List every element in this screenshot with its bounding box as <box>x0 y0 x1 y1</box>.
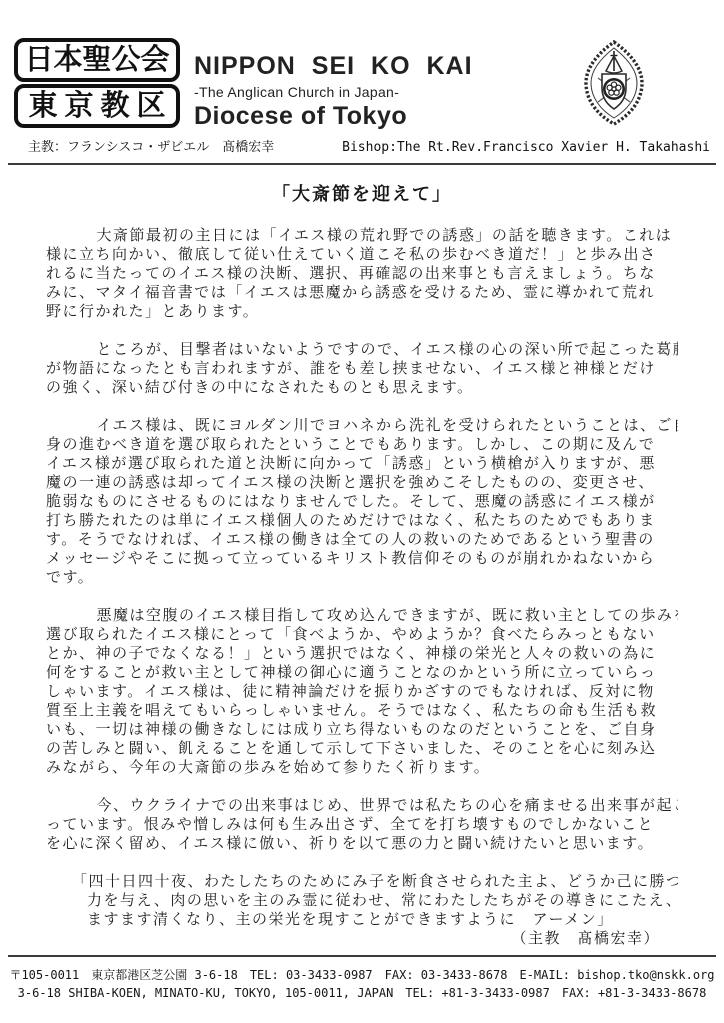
prayer-paragraph: 「四十日四十夜、わたしたちのためにみ子を断食させられた主よ、どうか己に勝つ力を与… <box>46 872 678 929</box>
logo-box-diocese-name: 東京教区 <box>14 84 180 128</box>
letterhead-top: 日本聖公会 東京教区 NIPPON SEI KO KAI -The Anglic… <box>14 38 710 131</box>
diocese-name-en: Diocese of Tokyo <box>194 102 473 131</box>
text-line: 脆弱なものにさせるものにはなりませんでした。そして、悪魔の誘惑にイエス様が <box>46 492 678 511</box>
paragraph: 悪魔は空腹のイエス様目指して攻め込んできますが、既に救い主としての歩みを選び取ら… <box>46 606 678 777</box>
org-subtitle-en: -The Anglican Church in Japan- <box>194 84 473 100</box>
letter-title: 「大斎節を迎えて」 <box>0 180 724 206</box>
text-line: 今、ウクライナでの出来事はじめ、世界では私たちの心を痛ませる出来事が起こ <box>46 796 678 815</box>
text-line: しゃいます。イエス様は、徒に精神論だけを振りかざすのでもなければ、反対に物 <box>46 682 678 701</box>
text-line: 選び取られたイエス様にとって「食べようか、やめようか？食べたらみっともない <box>46 625 678 644</box>
text-line: ますます清くなり、主の栄光を現すことができますように アーメン」 <box>46 910 678 929</box>
text-line: みながら、今年の大斎節の歩みを始めて参りたく祈ります。 <box>46 758 678 777</box>
bishop-row: 主教：フランシスコ・ザビエル 髙橋宏幸 Bishop:The Rt.Rev.Fr… <box>14 136 710 155</box>
org-logo: 日本聖公会 東京教区 <box>14 38 180 128</box>
footer: 〒105-0011 東京都港区芝公園 3-6-18 TEL: 03-3433-0… <box>0 966 724 1002</box>
text-line: っています。恨みや憎しみは何も生み出さず、全てを打ち壊すものでしかないこと <box>46 815 678 834</box>
footer-address-en: 3-6-18 SHIBA-KOEN, MINATO-KU, TOKYO, 105… <box>0 984 724 1002</box>
text-line: 様に立ち向かい、徹底して従い仕えていく道こそ私の歩むべき道だ！」と歩み出さ <box>46 245 678 264</box>
text-line: が物語になったとも言われますが、誰をも差し挟ませない、イエス様と神様とだけ <box>46 359 678 378</box>
text-line: 悪魔は空腹のイエス様目指して攻め込んできますが、既に救い主としての歩みを <box>46 606 678 625</box>
footer-address-ja: 〒105-0011 東京都港区芝公園 3-6-18 TEL: 03-3433-0… <box>0 966 724 984</box>
text-line: 力を与え、肉の思いを主のみ霊に従わせ、常にわたしたちがその導きにこたえ、 <box>46 891 678 910</box>
text-line: イエス様は、既にヨルダン川でヨハネから洗礼を受けられたということは、ご自 <box>46 416 678 435</box>
text-line: れるに当たってのイエス様の決断、選択、再確認の出来事とも言えましょう。ちな <box>46 264 678 283</box>
text-line: いも、一切は神様の働きなしには成り立ち得ないものなのだということを、ご自身 <box>46 720 678 739</box>
text-line: 打ち勝たれたのは単にイエス様個人のためだけではなく、私たちのためでもありま <box>46 511 678 530</box>
paragraph: ところが、目撃者はいないようですので、イエス様の心の深い所で起こった葛藤が物語に… <box>46 340 678 397</box>
text-line: メッセージやそこに拠って立っているキリスト教信仰そのものが崩れかねないから <box>46 549 678 568</box>
text-line: 何をすることが救い主として神様の御心に適うことなのかという所に立っていらっ <box>46 663 678 682</box>
bishop-name-ja: 主教：フランシスコ・ザビエル 髙橋宏幸 <box>28 136 274 155</box>
text-line: みに、マタイ福音書では「イエスは悪魔から誘惑を受けるため、霊に導かれて荒れ <box>46 283 678 302</box>
text-line: 「四十日四十夜、わたしたちのためにみ子を断食させられた主よ、どうか己に勝つ <box>46 872 678 891</box>
text-line: す。そうでなければ、イエス様の働きは全ての人の救いのためであるという聖書の <box>46 530 678 549</box>
text-line: の強く、深い結び付きの中になされたものとも思えます。 <box>46 378 678 397</box>
text-line: 野に行かれた」とあります。 <box>46 302 678 321</box>
bishop-name-en: Bishop:The Rt.Rev.Francisco Xavier H. Ta… <box>342 140 710 155</box>
text-line: です。 <box>46 568 678 587</box>
text-line: ところが、目撃者はいないようですので、イエス様の心の深い所で起こった葛藤 <box>46 340 678 359</box>
org-name-en: NIPPON SEI KO KAI <box>194 52 473 81</box>
logo-box-org-name: 日本聖公会 <box>14 38 180 82</box>
text-line: の苦しみと闘い、飢えることを通して示して下さいました、そのことを心に刻み込 <box>46 739 678 758</box>
text-line: 質至上主義を唱えてもいらっしゃいません。そうではなく、私たちの命も生活も救 <box>46 701 678 720</box>
text-line: 大斎節最初の主日には「イエス様の荒れ野での誘惑」の話を聴きます。これは「神 <box>46 226 678 245</box>
paragraph: イエス様は、既にヨルダン川でヨハネから洗礼を受けられたということは、ご自身の進む… <box>46 416 678 587</box>
paragraph: 今、ウクライナでの出来事はじめ、世界では私たちの心を痛ませる出来事が起こっていま… <box>46 796 678 853</box>
text-line: 身の進むべき道を選び取られたということでもあります。しかし、この期に及んで <box>46 435 678 454</box>
header-rule <box>8 163 716 165</box>
diocese-seal-icon <box>582 40 646 130</box>
signature: （主教 髙橋宏幸） <box>46 929 678 948</box>
letter-body: 大斎節最初の主日には「イエス様の荒れ野での誘惑」の話を聴きます。これは「神様に立… <box>0 206 724 948</box>
letter-content: 「大斎節を迎えて」 大斎節最初の主日には「イエス様の荒れ野での誘惑」の話を聴きま… <box>0 180 724 948</box>
org-text-block: NIPPON SEI KO KAI -The Anglican Church i… <box>194 38 473 131</box>
footer-rule <box>8 955 716 957</box>
letterhead: 日本聖公会 東京教区 NIPPON SEI KO KAI -The Anglic… <box>0 0 724 155</box>
text-line: とか、神の子でなくなる！」という選択ではなく、神様の栄光と人々の救いの為に <box>46 644 678 663</box>
text-line: イエス様が選び取られた道と決断に向かって「誘惑」という横槍が入りますが、悪 <box>46 454 678 473</box>
text-line: 魔の一連の誘惑は却ってイエス様の決断と選択を強めこそしたものの、変更させ、 <box>46 473 678 492</box>
text-line: を心に深く留め、イエス様に倣い、祈りを以て悪の力と闘い続けたいと思います。 <box>46 834 678 853</box>
paragraph: 大斎節最初の主日には「イエス様の荒れ野での誘惑」の話を聴きます。これは「神様に立… <box>46 226 678 321</box>
letter-page: 日本聖公会 東京教区 NIPPON SEI KO KAI -The Anglic… <box>0 0 724 1023</box>
